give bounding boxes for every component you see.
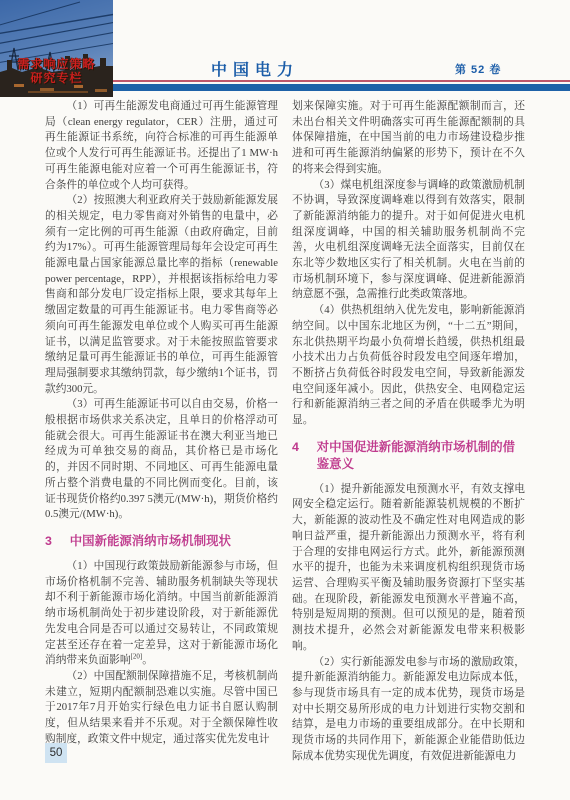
- paragraph: （2）中国配额制保障措施不足，考核机制尚未建立，短期内配额制恐难以实施。尽管中国…: [45, 669, 278, 748]
- left-column: （1）可再生能源发电商通过可再生能源管理局（clean energy regul…: [45, 99, 278, 747]
- journal-page: 需求响应策略 研究专栏 中国电力 第 52 卷 （1）可再生能源发电商通过可再生…: [0, 0, 570, 800]
- column-badge: 需求响应策略 研究专栏: [0, 57, 113, 85]
- paragraph: （3）可再生能源证书可以自由交易，价格一般根据市场供求关系决定，且单日的价格浮动…: [45, 397, 278, 523]
- paragraph: （3）煤电机组深度参与调峰的政策激励机制不协调，导致深度调峰难以得到有效落实，限…: [292, 178, 525, 304]
- section-number: 4: [292, 439, 317, 456]
- section-heading: 3中国新能源消纳市场机制现状: [45, 533, 278, 550]
- paragraph: （4）供热机组纳入优先发电，影响新能源消纳空间。以中国东北地区为例，“十二五”期…: [292, 303, 525, 429]
- volume-label: 第 52 卷: [455, 61, 501, 77]
- section-title: 对中国促进新能源消纳市场机制的借鉴意义: [317, 440, 515, 471]
- paragraph: （2）按照澳大利亚政府关于鼓励新能源发展的相关规定，电力零售商对外销售的电量中，…: [45, 193, 278, 397]
- paragraph: （1）可再生能源发电商通过可再生能源管理局（clean energy regul…: [45, 99, 278, 193]
- header-rule-blue: [110, 84, 570, 91]
- paragraph: （2）实行新能源发电参与市场的激励政策，提升新能源消纳能力。新能源发电边际成本低…: [292, 655, 525, 765]
- section-heading: 4对中国促进新能源消纳市场机制的借鉴意义: [292, 439, 525, 473]
- section-number: 3: [45, 533, 70, 550]
- right-column: 划来保障实施。对于可再生能源配额制而言，还未出台相关文件明确落实可再生能源配额制…: [292, 99, 525, 764]
- header-rule-red: [110, 80, 570, 82]
- journal-title: 中国电力: [130, 57, 380, 80]
- corner-photo: 需求响应策略 研究专栏: [0, 0, 113, 97]
- paragraph: （1）中国现行政策鼓励新能源参与市场，但市场价格机制不完善、辅助服务机制缺失等现…: [45, 559, 278, 669]
- column-badge-line1: 需求响应策略: [0, 57, 113, 71]
- paragraph: 划来保障实施。对于可再生能源配额制而言，还未出台相关文件明确落实可再生能源配额制…: [292, 99, 525, 178]
- section-title: 中国新能源消纳市场机制现状: [70, 534, 231, 548]
- page-number: 50: [45, 743, 67, 763]
- citation-marker: [20]: [131, 653, 143, 661]
- paragraph: （1）提升新能源发电预测水平，有效支撑电网安全稳定运行。随着新能源装机规模的不断…: [292, 482, 525, 655]
- column-badge-line2: 研究专栏: [0, 71, 113, 85]
